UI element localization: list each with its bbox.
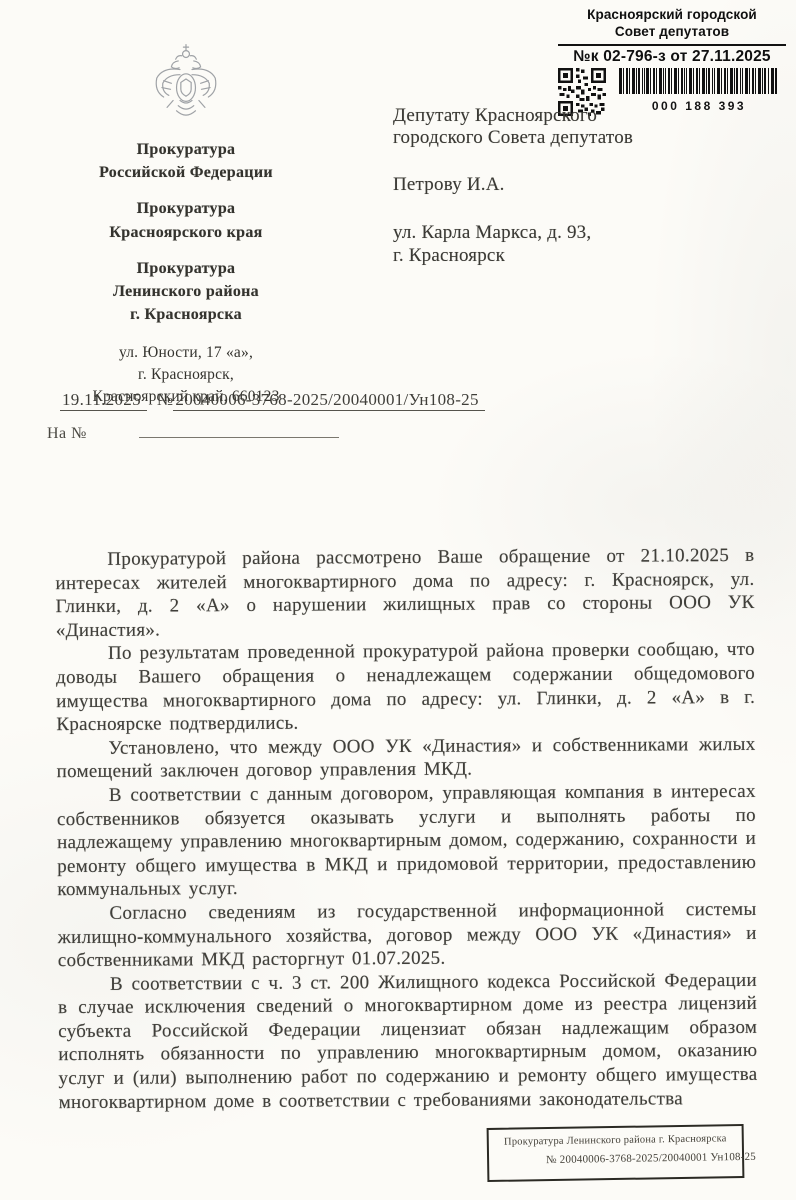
reply-number-blank: [139, 423, 339, 438]
barcode-icon: [613, 68, 785, 94]
recipient-block: Депутату Красноярского городского Совета…: [393, 105, 633, 267]
org-krai-line1: Прокуратура: [45, 197, 327, 220]
number-sign: №: [157, 390, 174, 409]
scanned-letter-page: Красноярский городской Совет депутатов №…: [0, 0, 796, 1200]
coat-of-arms-icon: [147, 42, 225, 128]
stamp-divider: [558, 44, 786, 46]
reply-label: На №: [47, 425, 87, 442]
reply-reference-line: На №: [47, 423, 339, 443]
org-federation: Прокуратура Российской Федерации: [45, 138, 327, 184]
org-district: Прокуратура Ленинского района г. Красноя…: [45, 257, 327, 327]
recipient-title-line1: Депутату Красноярского: [393, 105, 633, 127]
letter-date: 19.11.2025: [60, 390, 147, 411]
body-paragraph: Установлено, что между ООО УК «Династия»…: [56, 733, 755, 784]
letterhead: Прокуратура Российской Федерации Прокура…: [45, 42, 327, 407]
org-krai: Прокуратура Красноярского края: [45, 197, 327, 243]
outgoing-reference-line: 19.11.2025№20040006-3768-2025/20040001/У…: [60, 390, 485, 410]
barcode: 000 188 393: [610, 68, 788, 113]
org-district-line1: Прокуратура: [45, 257, 327, 280]
incoming-registration-stamp: Красноярский городской Совет депутатов №…: [556, 6, 788, 116]
sender-address-line1: ул. Юности, 17 «а»,: [45, 342, 327, 364]
org-district-line2: Ленинского района: [45, 280, 327, 303]
body-paragraph: Согласно сведениям из государственной ин…: [57, 898, 756, 973]
letter-body: Прокуратурой района рассмотрено Ваше обр…: [55, 544, 757, 1115]
letter-number: 20040006-3768-2025/20040001/Ун108-25: [173, 390, 484, 411]
body-paragraph: В соответствии с ч. 3 ст. 200 Жилищного …: [58, 969, 758, 1115]
barcode-number: 000 188 393: [610, 99, 788, 113]
stamp-case-number: № 20040006-3768-2025/20040001 Ун108-25: [489, 1151, 742, 1167]
recipient-address-line2: г. Красноярск: [393, 245, 633, 267]
stamp-org-line1: Красноярский городской: [556, 6, 788, 23]
prosecutor-office-stamp: Прокуратура Ленинского района г. Красноя…: [487, 1124, 745, 1182]
body-paragraph: В соответствии с данным договором, управ…: [57, 780, 757, 902]
stamp-org-line2: Совет депутатов: [556, 23, 788, 40]
org-federation-line2: Российской Федерации: [45, 161, 327, 184]
body-paragraph: Прокуратурой района рассмотрено Ваше обр…: [55, 544, 755, 643]
recipient-name: Петрову И.А.: [393, 174, 633, 196]
body-paragraph: По результатам проведенной прокуратурой …: [56, 638, 756, 737]
org-federation-line1: Прокуратура: [45, 138, 327, 161]
stamp-registration-number: №к 02-796-з от 27.11.2025: [556, 48, 788, 66]
recipient-title-line2: городского Совета депутатов: [393, 127, 633, 149]
org-district-line3: г. Красноярска: [45, 303, 327, 326]
recipient-address-line1: ул. Карла Маркса, д. 93,: [393, 222, 633, 244]
sender-address-line2: г. Красноярск,: [45, 364, 327, 386]
org-krai-line2: Красноярского края: [45, 221, 327, 244]
stamp-office-name: Прокуратура Ленинского района г. Красноя…: [489, 1133, 742, 1148]
